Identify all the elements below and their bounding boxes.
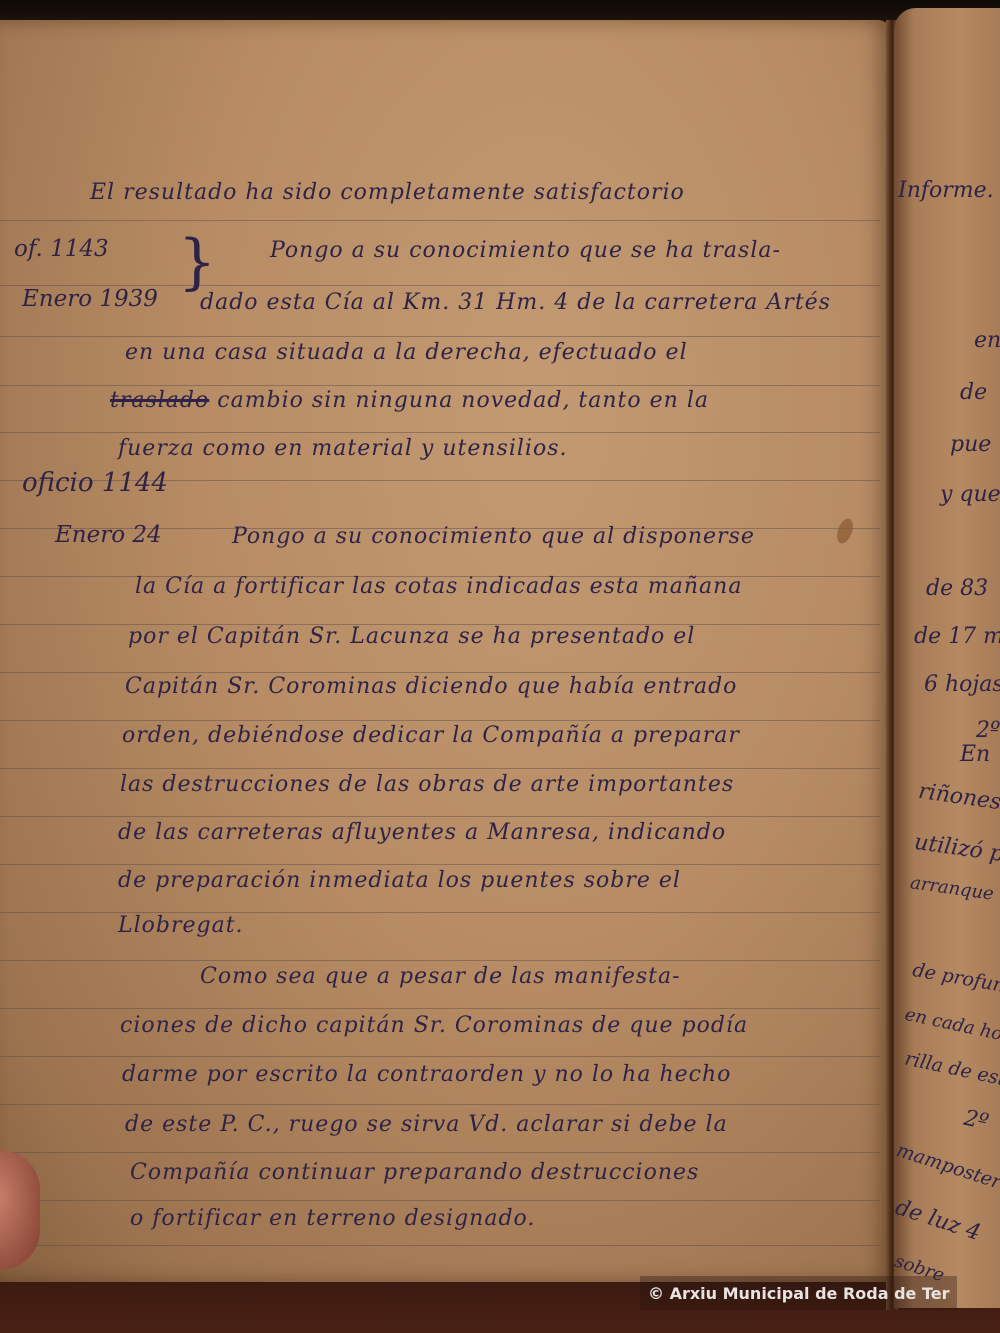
handwritten-line: en una casa situada a la derecha, efectu…: [125, 340, 688, 365]
handwritten-line: las destrucciones de las obras de arte i…: [120, 772, 734, 797]
handwritten-line: Informe.: [898, 178, 994, 203]
ruled-line: [0, 336, 880, 337]
handwritten-line: de 17 mt: [914, 624, 1000, 649]
margin-office-number: of. 1143: [14, 236, 109, 262]
handwritten-line: en cada ho: [903, 1004, 1000, 1045]
handwritten-line: fuerza como en material y utensilios.: [118, 436, 567, 461]
handwritten-line: pue: [950, 432, 991, 457]
handwritten-line: Pongo a su conocimiento que se ha trasla…: [270, 238, 781, 263]
handwritten-line: la Cía a fortificar las cotas indicadas …: [135, 574, 742, 599]
ruled-line: [0, 432, 880, 433]
handwritten-line: Pongo a su conocimiento que al disponers…: [232, 524, 755, 549]
ruled-line: [0, 220, 880, 221]
left-page: El resultado ha sido completamente satis…: [0, 20, 892, 1282]
ruled-line: [0, 1245, 880, 1246]
handwritten-line: 2º: [962, 1106, 991, 1136]
ruled-line: [0, 864, 880, 865]
handwritten-line: de este P. C., ruego se sirva Vd. aclara…: [125, 1112, 728, 1137]
handwritten-line: de luz 4: [892, 1195, 983, 1246]
handwritten-line: Como sea que a pesar de las manifesta-: [200, 964, 681, 989]
struck-word: traslado: [110, 388, 209, 413]
ruled-line: [0, 385, 880, 386]
handwritten-line: y que: [940, 482, 1000, 507]
ruled-line: [0, 960, 880, 961]
ruled-line: [0, 1152, 880, 1153]
right-page-fragment: Informe. en de pue y que de 83 de 17 mt …: [894, 8, 1000, 1308]
ruled-line: [0, 672, 880, 673]
handwritten-line: de las carreteras afluyentes a Manresa, …: [118, 820, 726, 845]
copyright-watermark: © Arxiu Municipal de Roda de Ter: [640, 1276, 957, 1310]
handwritten-line: arranque: [909, 872, 995, 904]
handwritten-line: orden, debiéndose dedicar la Compañía a …: [122, 723, 740, 748]
margin-date: Enero 24: [55, 522, 162, 548]
ruled-line: [0, 1200, 880, 1201]
handwritten-line: ciones de dicho capitán Sr. Corominas de…: [120, 1013, 748, 1038]
handwritten-line: por el Capitán Sr. Lacunza se ha present…: [128, 624, 695, 649]
handwritten-line: rilla de est: [903, 1048, 1000, 1091]
handwritten-line: El resultado ha sido completamente satis…: [90, 180, 685, 205]
handwritten-line: mampostería: [894, 1139, 1000, 1199]
handwritten-line: 2º: [976, 718, 1000, 743]
handwritten-line: de profund: [911, 959, 1000, 999]
ink-stain: [834, 516, 856, 545]
handwritten-line: utilizó p: [913, 830, 1000, 867]
handwritten-line: riñones d: [917, 779, 1000, 818]
margin-date: Enero 1939: [22, 286, 158, 312]
handwritten-line: darme por escrito la contraorden y no lo…: [122, 1062, 731, 1087]
ruled-line: [0, 1104, 880, 1105]
margin-office-number: oficio 1144: [22, 468, 168, 498]
handwritten-line: En: [960, 742, 990, 767]
handwritten-line: Compañía continuar preparando destruccio…: [130, 1160, 699, 1185]
brace-mark: }: [178, 232, 216, 292]
handwritten-line: traslado cambio sin ninguna novedad, tan…: [110, 388, 709, 413]
handwritten-line: de preparación inmediata los puentes sob…: [118, 868, 681, 893]
ruled-line: [0, 816, 880, 817]
ruled-line: [0, 1056, 880, 1057]
handwritten-line: de: [960, 380, 987, 405]
handwritten-line: 6 hojas: [924, 672, 1000, 697]
handwritten-line: en: [974, 328, 1000, 353]
handwritten-line: dado esta Cía al Km. 31 Hm. 4 de la carr…: [200, 290, 831, 315]
ruled-line: [0, 720, 880, 721]
background-top: [0, 0, 1000, 22]
ruled-line: [0, 1008, 880, 1009]
line-text: cambio sin ninguna novedad, tanto en la: [217, 388, 709, 413]
handwritten-line: Capitán Sr. Corominas diciendo que había…: [125, 674, 737, 699]
handwritten-line: Llobregat.: [118, 913, 244, 938]
handwritten-line: de 83: [926, 576, 988, 601]
handwritten-line: o fortificar en terreno designado.: [130, 1206, 535, 1231]
ruled-line: [0, 768, 880, 769]
